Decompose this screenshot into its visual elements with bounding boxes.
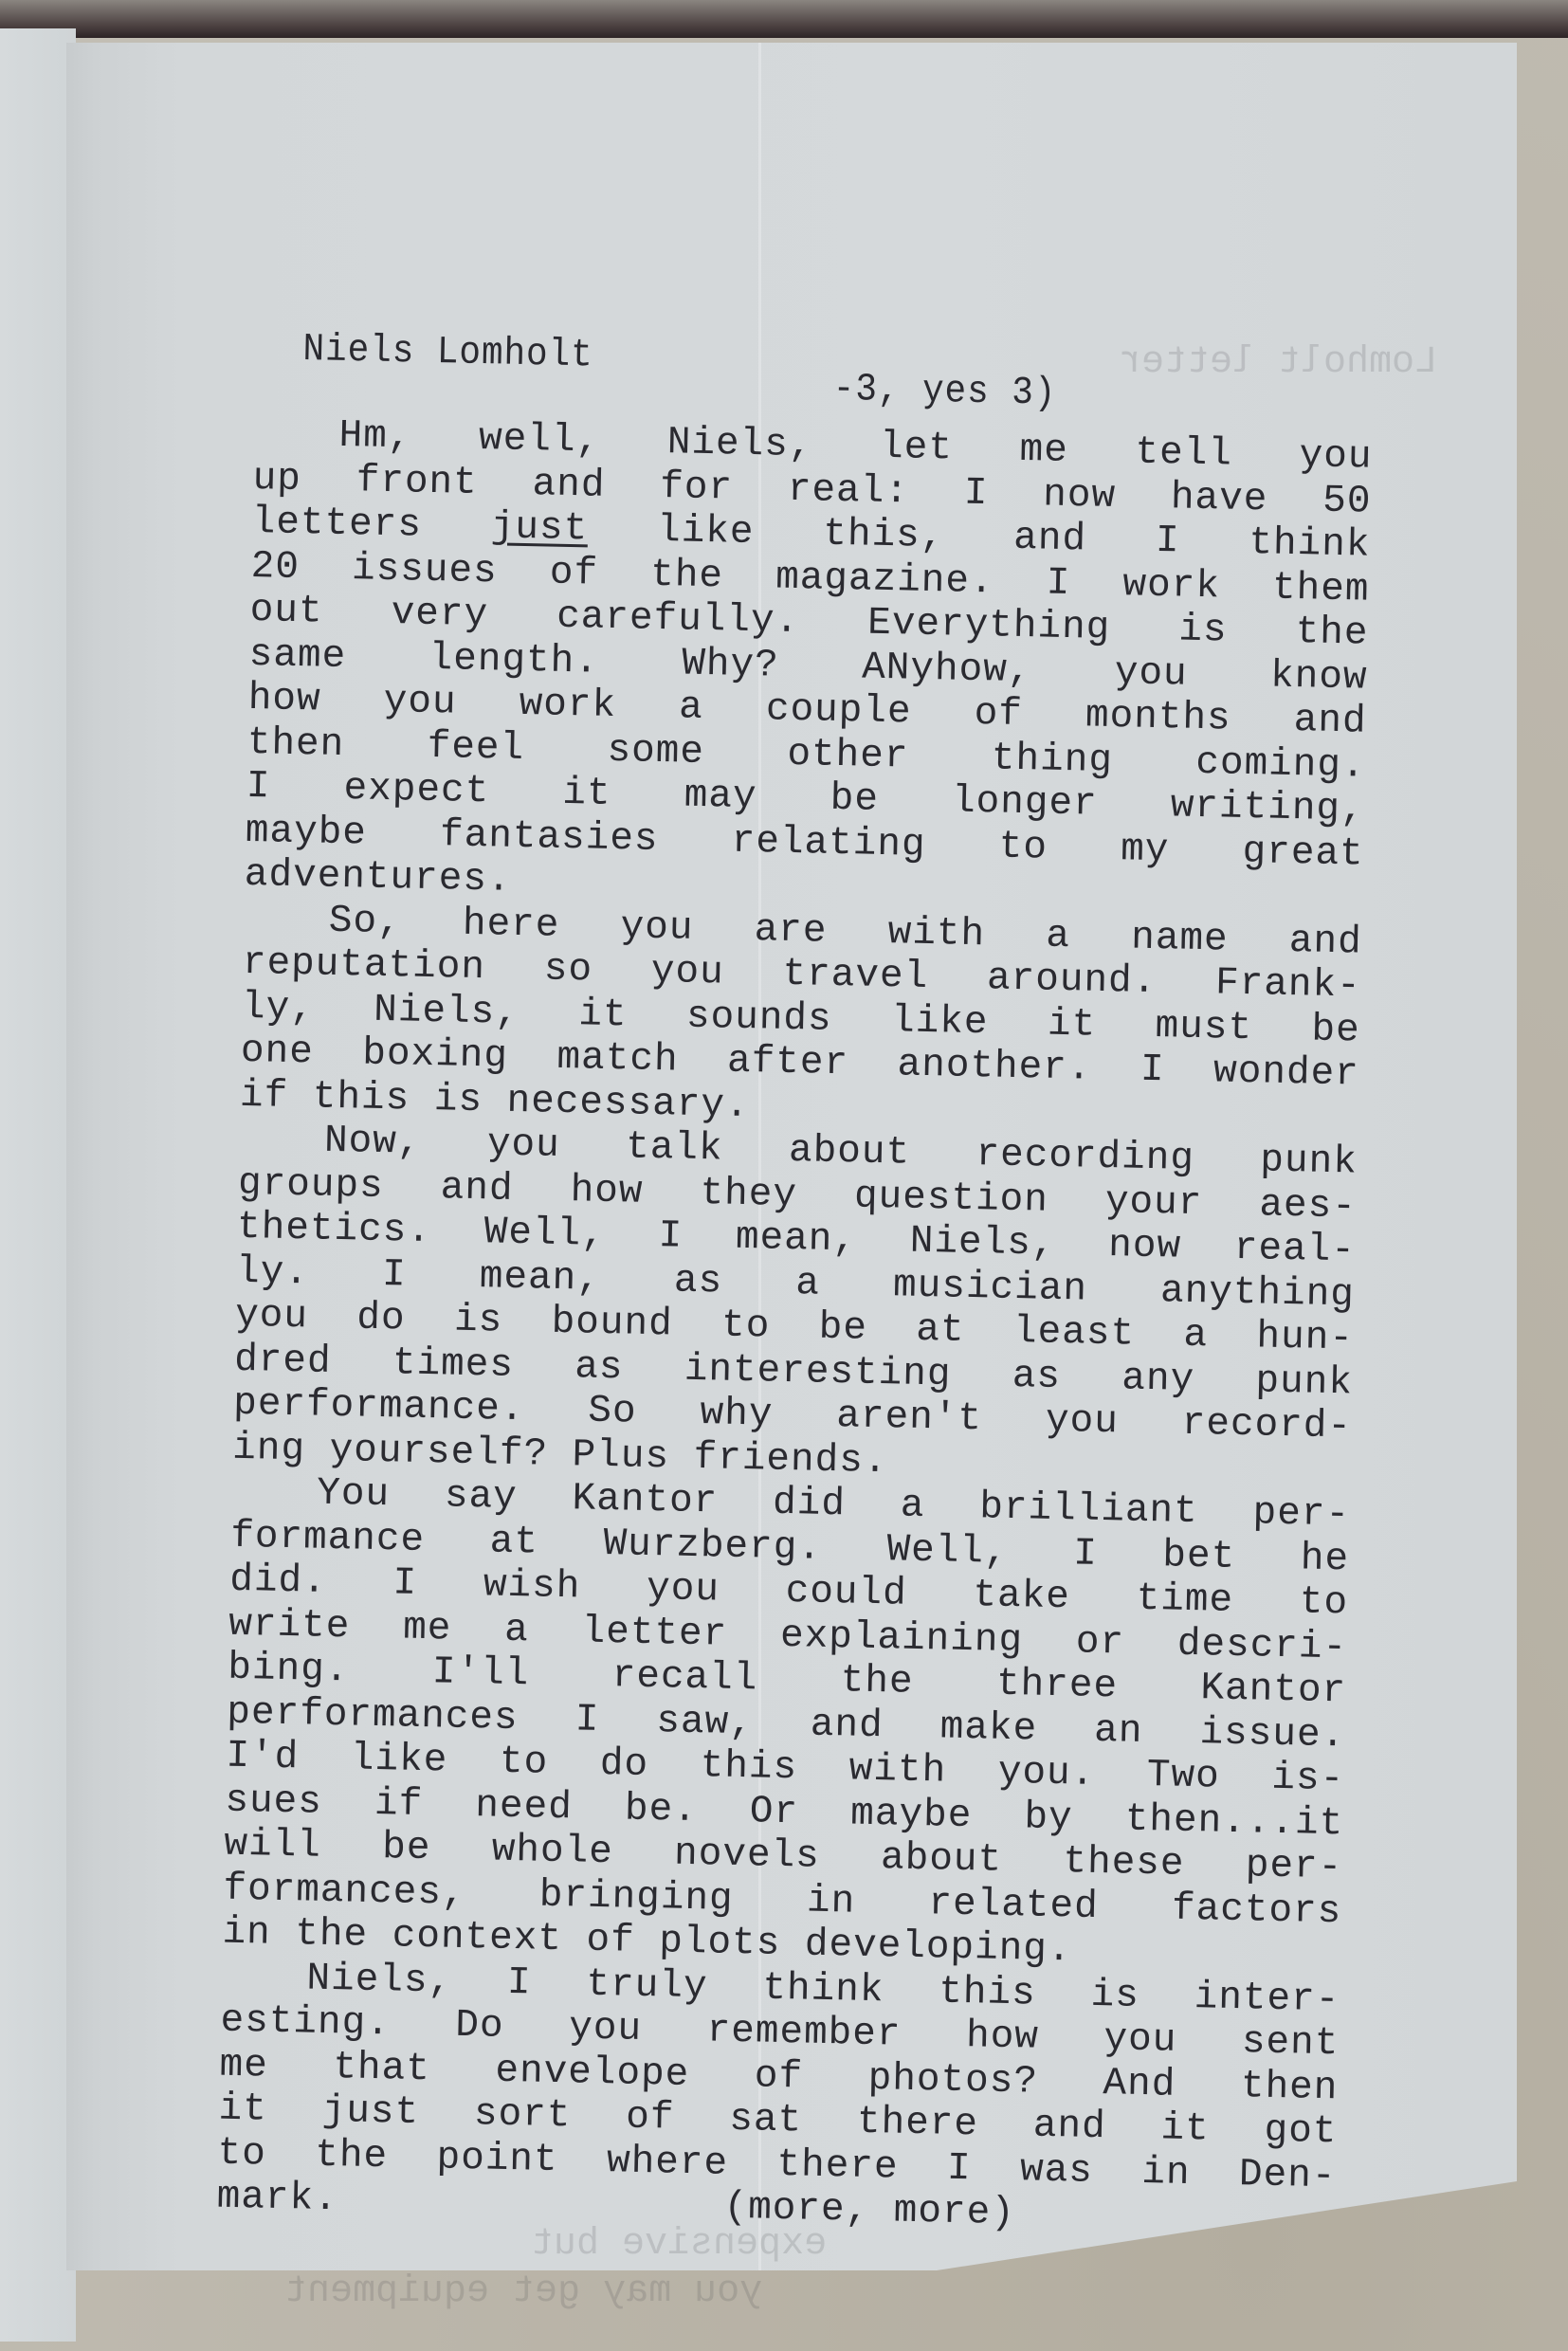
paragraph: You say Kantor did a brilliant per-forma… [222, 1470, 1350, 1978]
letter-body: Hm, well, Niels, let me tell youup front… [216, 412, 1373, 2243]
top-shadow [0, 0, 1568, 38]
paragraph: So, here you are with a name andreputati… [240, 897, 1363, 1140]
paragraph: Hm, well, Niels, let me tell youup front… [244, 412, 1372, 920]
paragraph: Now, you talk about recording punkgroups… [232, 1118, 1358, 1494]
underlying-page [0, 28, 76, 2342]
paragraph: Niels, I truly think this is inter-estin… [216, 1955, 1340, 2243]
continued-note: (more, more) [723, 2186, 1015, 2236]
recipient-name: Niels Lomholt [302, 328, 593, 378]
bleed-through-text: you may get equipment [284, 2270, 762, 2313]
underlined-word: just [490, 505, 588, 551]
typewritten-letter: Niels Lomholt -3, yes 3) Hm, well, Niels… [216, 327, 1375, 2243]
page-number: -3, yes 3) [832, 368, 1056, 416]
